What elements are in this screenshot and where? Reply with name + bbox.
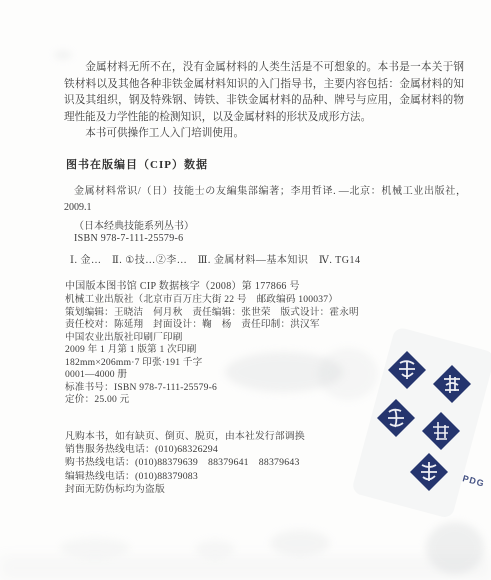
sales-hotline: 销售服务热线电话：(010)68326294 bbox=[65, 443, 385, 456]
scan-edge-shading bbox=[0, 556, 491, 580]
scan-smudge bbox=[270, 530, 330, 556]
planning-editors: 策划编辑：王晓洁 何月秋 责任编辑：张世荣 版式设计：霍永明 bbox=[65, 307, 425, 320]
cip-isbn: ISBN 978-7-111-25579-6 bbox=[74, 233, 183, 244]
copyright-page: 金属材料无所不在，没有金属材料的人类生活是不可想象的。本书是一本关于钢铁材料以及… bbox=[0, 0, 491, 580]
cip-heading: 图书在版编目（CIP）数据 bbox=[66, 156, 208, 172]
book-intro: 金属材料无所不在，没有金属材料的人类生活是不可想象的。本书是一本关于钢铁材料以及… bbox=[64, 60, 464, 143]
cip-series: （日本经典技能系列丛书） bbox=[74, 217, 194, 232]
cip-entry: 金属材料常识/（日）技能士の友編集部编著；李用哲译. —北京：机械工业出版社，2… bbox=[64, 184, 466, 215]
editorial-hotline: 编辑热线电话：(010)88379083 bbox=[65, 470, 385, 483]
cip-record-number: 中国版本图书馆 CIP 数据核字（2008）第 177866 号 bbox=[65, 277, 300, 292]
pdg-label: PDG bbox=[461, 473, 485, 488]
scan-smudge bbox=[60, 538, 130, 558]
exchange-notice: 凡购本书，如有缺页、倒页、脱页，由本社发行部调换 bbox=[65, 430, 385, 443]
publisher-address: 机械工业出版社（北京市百万庄大街 22 号 邮政编码 100037） bbox=[65, 294, 425, 307]
stamp-background bbox=[351, 328, 491, 519]
scan-smudge bbox=[55, 52, 71, 58]
purchase-notice: 凡购本书，如有缺页、倒页、脱页，由本社发行部调换 销售服务热线电话：(010)6… bbox=[65, 430, 385, 496]
anti-piracy-notice: 封面无防伪标均为盗版 bbox=[65, 483, 385, 496]
cip-classification: Ⅰ. 金… Ⅱ. ①技…②李… Ⅲ. 金属材料—基本知识 Ⅳ. TG14 bbox=[70, 251, 361, 266]
intro-paragraph-2: 本书可供操作工人入门培训使用。 bbox=[64, 126, 464, 143]
purchase-hotline: 购书热线电话：(010)88379639 88379641 88379643 bbox=[65, 456, 385, 469]
intro-paragraph-1: 金属材料无所不在，没有金属材料的人类生活是不可想象的。本书是一本关于钢铁材料以及… bbox=[64, 60, 464, 126]
scan-smudge bbox=[318, 348, 378, 400]
